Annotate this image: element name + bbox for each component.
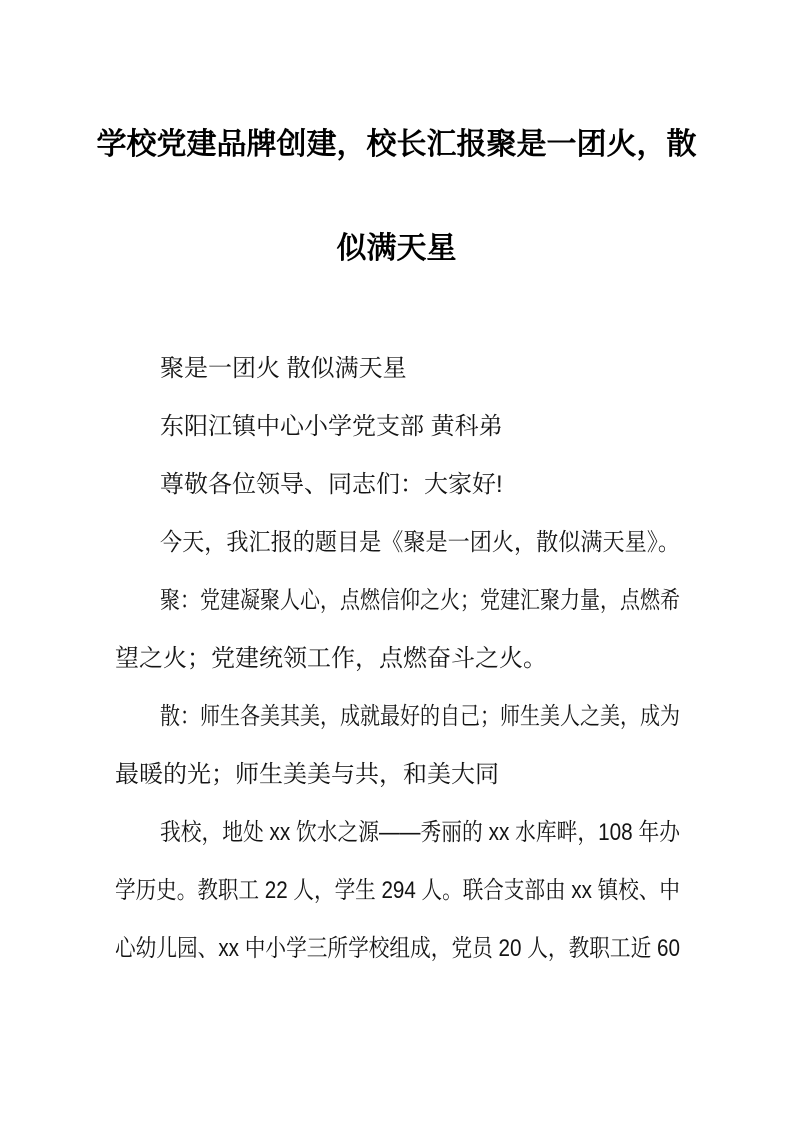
body-line: 东阳江镇中心小学党支部 黄科弟 bbox=[115, 398, 680, 456]
body-line: 学历史。教职工 22 人，学生 294 人。联合支部由 xx 镇校、中 bbox=[115, 862, 680, 920]
title-line: 学校党建品牌创建，校长汇报聚是一团火，散 bbox=[0, 93, 793, 197]
body-line-text: 尊敬各位领导、同志们：大家好! bbox=[160, 456, 503, 514]
body-line-text: 学历史。教职工 22 人，学生 294 人。联合支部由 xx 镇校、中 bbox=[115, 862, 680, 920]
body-line-text: 聚：党建凝聚人心，点燃信仰之火；党建汇聚力量，点燃希 bbox=[160, 572, 680, 630]
body-line: 聚：党建凝聚人心，点燃信仰之火；党建汇聚力量，点燃希 bbox=[115, 572, 680, 630]
title-line: 似满天星 bbox=[0, 197, 793, 301]
document-title: 学校党建品牌创建，校长汇报聚是一团火，散 似满天星 bbox=[0, 93, 793, 301]
body-line-text: 散：师生各美其美，成就最好的自己；师生美人之美，成为 bbox=[160, 688, 680, 746]
document-page: 学校党建品牌创建，校长汇报聚是一团火，散 似满天星 聚是一团火 散似满天星 东阳… bbox=[0, 0, 793, 1122]
body-line-text: 聚是一团火 散似满天星 bbox=[160, 340, 407, 398]
body-line-text: 心幼儿园、xx 中小学三所学校组成，党员 20 人，教职工近 60 bbox=[115, 920, 680, 978]
body-line: 心幼儿园、xx 中小学三所学校组成，党员 20 人，教职工近 60 bbox=[115, 920, 680, 978]
body-line: 散：师生各美其美，成就最好的自己；师生美人之美，成为 bbox=[115, 688, 680, 746]
document-body: 聚是一团火 散似满天星 东阳江镇中心小学党支部 黄科弟 尊敬各位领导、同志们：大… bbox=[115, 340, 680, 978]
body-line-text: 望之火；党建统领工作，点燃奋斗之火。 bbox=[115, 630, 547, 688]
body-line-text: 最暖的光；师生美美与共，和美大同 bbox=[115, 746, 499, 804]
body-line-text: 东阳江镇中心小学党支部 黄科弟 bbox=[160, 398, 503, 456]
body-line: 我校，地处 xx 饮水之源——秀丽的 xx 水库畔，108 年办 bbox=[115, 804, 680, 862]
body-line-text: 我校，地处 xx 饮水之源——秀丽的 xx 水库畔，108 年办 bbox=[160, 804, 680, 862]
body-line-text: 今天，我汇报的题目是《聚是一团火，散似满天星》。 bbox=[160, 514, 680, 572]
body-line: 最暖的光；师生美美与共，和美大同 bbox=[115, 746, 680, 804]
body-line: 今天，我汇报的题目是《聚是一团火，散似满天星》。 bbox=[115, 514, 680, 572]
body-line: 尊敬各位领导、同志们：大家好! bbox=[115, 456, 680, 514]
body-line: 望之火；党建统领工作，点燃奋斗之火。 bbox=[115, 630, 680, 688]
body-line: 聚是一团火 散似满天星 bbox=[115, 340, 680, 398]
